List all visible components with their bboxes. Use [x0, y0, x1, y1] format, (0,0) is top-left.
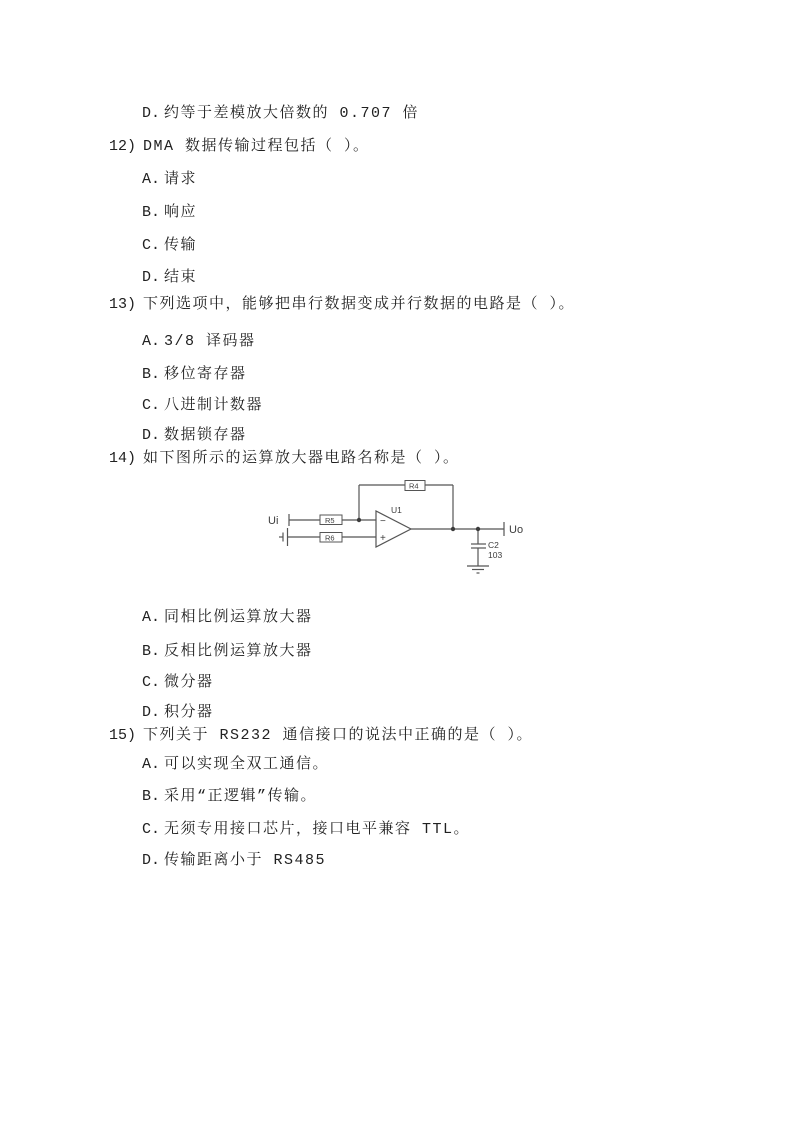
question-line: 15)下列关于 RS232 通信接口的说法中正确的是（ ）。 — [109, 727, 533, 745]
option-line: B.采用“正逻辑”传输。 — [142, 788, 317, 806]
option-text: 结束 — [164, 269, 197, 286]
c2-label: C2 — [488, 540, 499, 550]
option-line: C.无须专用接口芯片，接口电平兼容 TTL。 — [142, 821, 470, 839]
option-line: D.数据锁存器 — [142, 427, 247, 445]
option-line: B.响应 — [142, 204, 197, 222]
junction-dot — [357, 518, 361, 522]
option-text: 反相比例运算放大器 — [164, 643, 313, 660]
option-label: C. — [142, 397, 164, 415]
uo-label: Uo — [509, 524, 523, 536]
opamp-circuit-svg: Ui Uo R5 R6 R4 U1 − + C2 103 — [255, 468, 525, 586]
option-text: 响应 — [164, 204, 197, 221]
option-text: 同相比例运算放大器 — [164, 609, 313, 626]
option-label: C. — [142, 821, 164, 839]
option-line: A.可以实现全双工通信。 — [142, 756, 329, 774]
question-text: DMA 数据传输过程包括（ ）。 — [143, 138, 370, 155]
option-label: D. — [142, 704, 164, 722]
option-label: D. — [142, 427, 164, 445]
option-label: D. — [142, 852, 164, 870]
option-line: A.同相比例运算放大器 — [142, 609, 313, 627]
option-text: 采用“正逻辑”传输。 — [164, 788, 317, 805]
question-number: 12) — [109, 138, 143, 156]
junction-dot — [451, 527, 455, 531]
document-page: D.约等于差模放大倍数的 0.707 倍 12)DMA 数据传输过程包括（ ）。… — [0, 0, 793, 1122]
question-line: 14)如下图所示的运算放大器电路名称是（ ）。 — [109, 450, 460, 468]
option-label: C. — [142, 674, 164, 692]
option-label: D. — [142, 269, 164, 287]
question-text: 下列关于 RS232 通信接口的说法中正确的是（ ）。 — [143, 727, 533, 744]
question-text: 下列选项中，能够把串行数据变成并行数据的电路是（ ）。 — [143, 296, 575, 313]
option-text: 传输 — [164, 237, 197, 254]
option-label: A. — [142, 609, 164, 627]
opamp-plus-input: + — [380, 533, 386, 544]
r6-label: R6 — [325, 534, 335, 543]
option-label: A. — [142, 756, 164, 774]
option-line: B.反相比例运算放大器 — [142, 643, 313, 661]
option-text: 移位寄存器 — [164, 366, 247, 383]
option-text: 八进制计数器 — [164, 397, 263, 414]
option-label: A. — [142, 333, 164, 351]
question-line: 13)下列选项中，能够把串行数据变成并行数据的电路是（ ）。 — [109, 296, 575, 314]
option-line: C.微分器 — [142, 674, 214, 692]
option-line: C.八进制计数器 — [142, 397, 263, 415]
option-label: A. — [142, 171, 164, 189]
r4-label: R4 — [409, 482, 419, 491]
option-text: 无须专用接口芯片，接口电平兼容 TTL。 — [164, 821, 470, 838]
question-number: 13) — [109, 296, 143, 314]
opamp-minus-input: − — [380, 516, 386, 527]
c2-value-label: 103 — [488, 550, 502, 560]
question-number: 15) — [109, 727, 143, 745]
ui-label: Ui — [268, 515, 278, 527]
r5-label: R5 — [325, 516, 335, 525]
junction-dot — [476, 527, 480, 531]
option-line: C.传输 — [142, 237, 197, 255]
option-line: D.传输距离小于 RS485 — [142, 852, 326, 870]
option-line: D.积分器 — [142, 704, 214, 722]
question-line: 12)DMA 数据传输过程包括（ ）。 — [109, 138, 370, 156]
option-label: B. — [142, 643, 164, 661]
option-label: D. — [142, 105, 164, 123]
option-label: B. — [142, 788, 164, 806]
option-text: 数据锁存器 — [164, 427, 247, 444]
option-text: 3/8 译码器 — [164, 333, 256, 350]
option-text: 约等于差模放大倍数的 0.707 倍 — [164, 105, 419, 122]
option-label: C. — [142, 237, 164, 255]
option-text: 传输距离小于 RS485 — [164, 852, 326, 869]
option-label: B. — [142, 366, 164, 384]
option-line: B.移位寄存器 — [142, 366, 247, 384]
u1-label: U1 — [391, 505, 402, 515]
option-text: 请求 — [164, 171, 197, 188]
option-label: B. — [142, 204, 164, 222]
opamp-circuit-figure: Ui Uo R5 R6 R4 U1 − + C2 103 — [255, 468, 525, 586]
option-text: 积分器 — [164, 704, 214, 721]
option-text: 微分器 — [164, 674, 214, 691]
option-line: A.3/8 译码器 — [142, 333, 256, 351]
option-line: A.请求 — [142, 171, 197, 189]
question-text: 如下图所示的运算放大器电路名称是（ ）。 — [143, 450, 460, 467]
option-text: 可以实现全双工通信。 — [164, 756, 329, 773]
option-line: D.结束 — [142, 269, 197, 287]
option-line: D.约等于差模放大倍数的 0.707 倍 — [142, 105, 419, 123]
question-number: 14) — [109, 450, 143, 468]
